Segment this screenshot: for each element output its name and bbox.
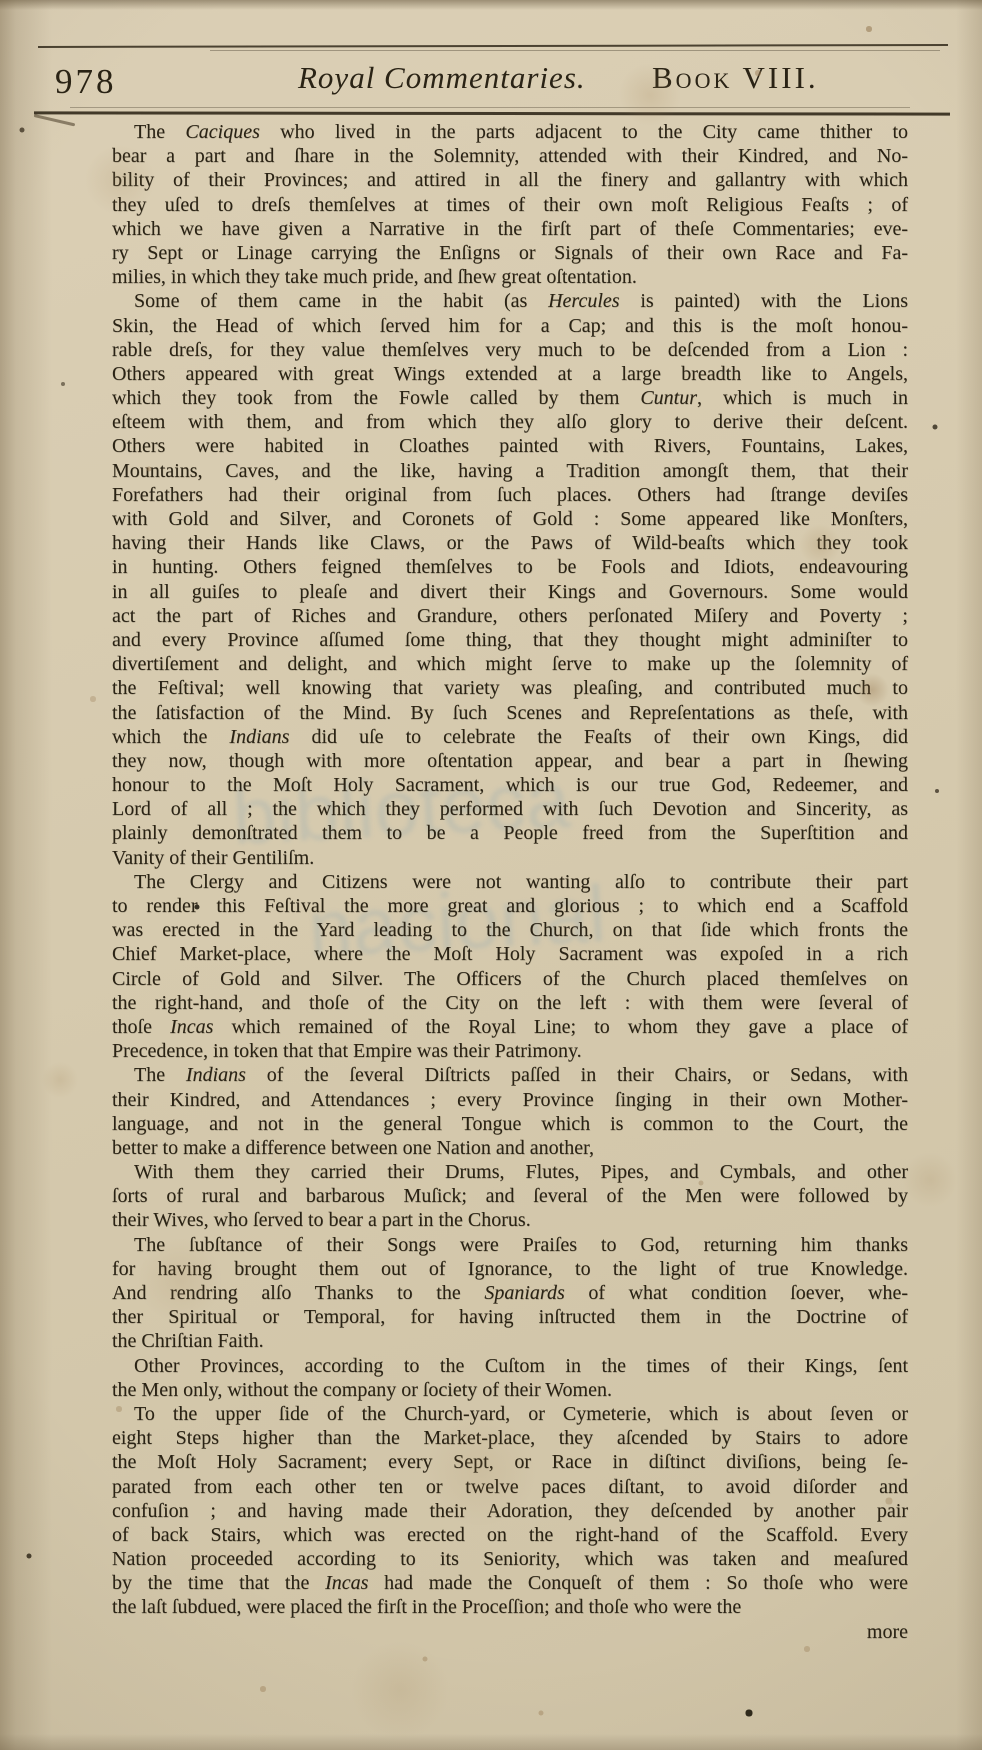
- paragraph: Some of them came in the habit (as Hercu…: [112, 289, 908, 870]
- text-line: The Indians of the ſeveral Diſtricts paſ…: [112, 1063, 908, 1087]
- text-line: the Men only, without the company or ſoc…: [112, 1378, 908, 1402]
- paragraph: With them they carried their Drums, Flut…: [112, 1160, 908, 1233]
- text-line: Precedence, in token that that Empire wa…: [112, 1039, 908, 1063]
- italic-proper-noun: Incas: [170, 1016, 213, 1038]
- text-line: thoſe Incas which remained of the Royal …: [112, 1015, 908, 1039]
- text-line: milies, in which they take much pride, a…: [112, 265, 908, 289]
- text-line: in all guiſes to pleaſe and divert their…: [112, 580, 908, 604]
- text-line: With them they carried their Drums, Flut…: [112, 1160, 908, 1184]
- text-line: ſorts of rural and barbarous Muſick; and…: [112, 1184, 908, 1208]
- text-line: the Chriſtian Faith.: [112, 1329, 908, 1353]
- text-line: which they took from the Fowle called by…: [112, 386, 908, 410]
- text-line: which the Indians did uſe to celebrate t…: [112, 725, 908, 749]
- text-line: the laſt ſubdued, were placed the firſt …: [112, 1595, 908, 1619]
- text-line: having their Hands like Claws, or the Pa…: [112, 531, 908, 555]
- ink-stroke-mark: [34, 114, 76, 126]
- text-line: plainly demonſtrated them to be a People…: [112, 821, 908, 845]
- header-top-rule: [38, 44, 948, 48]
- paragraph: Other Provinces, according to the Cuſtom…: [112, 1354, 908, 1402]
- text-line: for having brought them out of Ignorance…: [112, 1257, 908, 1281]
- italic-proper-noun: Caciques: [185, 121, 259, 143]
- text-line: Others appeared with great Wings extende…: [112, 362, 908, 386]
- text-line: Nation proceeded according to its Senior…: [112, 1547, 908, 1571]
- running-title: Royal Commentaries.: [298, 60, 586, 96]
- text-line: the Moſt Holy Sacrament; every Sept, or …: [112, 1450, 908, 1474]
- text-line: eight Steps higher than the Market-place…: [112, 1426, 908, 1450]
- italic-proper-noun: Incas: [325, 1572, 368, 1594]
- text-line: of back Stairs, which was erected on the…: [112, 1523, 908, 1547]
- text-line: Mountains, Caves, and the like, having a…: [112, 459, 908, 483]
- text-line: language, and not in the general Tongue …: [112, 1112, 908, 1136]
- italic-proper-noun: Spaniards: [484, 1282, 564, 1304]
- paragraph: The Clergy and Citizens were not wanting…: [112, 870, 908, 1064]
- text-line: act the part of Riches and Grandure, oth…: [112, 604, 908, 628]
- text-line: rable dreſs, for they value themſelves v…: [112, 338, 908, 362]
- text-line: the Feſtival; well knowing that variety …: [112, 676, 908, 700]
- text-line: and every Province aſſumed ſome thing, t…: [112, 628, 908, 652]
- text-line: confuſion ; and having made their Adorat…: [112, 1499, 908, 1523]
- catchword: more: [112, 1620, 908, 1644]
- paragraph: To the upper ſide of the Church-yard, or…: [112, 1402, 908, 1620]
- text-line: was erected in the Yard leading to the C…: [112, 918, 908, 942]
- text-line: their Kindred, and Attendances ; every P…: [112, 1088, 908, 1112]
- text-line: the right-hand, and thoſe of the City on…: [112, 991, 908, 1015]
- text-line: Other Provinces, according to the Cuſtom…: [112, 1354, 908, 1378]
- text-line: which we have given a Narrative in the f…: [112, 217, 908, 241]
- book-number-label: Book VIII.: [652, 60, 819, 96]
- text-block: The Caciques who lived in the parts adja…: [112, 120, 908, 1644]
- text-line: bear a part and ſhare in the Solemnity, …: [112, 144, 908, 168]
- paper-specks: [0, 0, 2, 2]
- text-line: better to make a difference between one …: [112, 1136, 908, 1160]
- text-line: The Caciques who lived in the parts adja…: [112, 120, 908, 144]
- text-line: their Wives, who ſerved to bear a part i…: [112, 1208, 908, 1232]
- italic-proper-noun: Indians: [229, 726, 289, 748]
- header-top-rule-ghost: [210, 50, 940, 51]
- text-line: Forefathers had their original from ſuch…: [112, 483, 908, 507]
- text-line: The ſubſtance of their Songs were Praiſe…: [112, 1233, 908, 1257]
- header-bottom-rule: [34, 111, 950, 115]
- text-line: Some of them came in the habit (as Hercu…: [112, 289, 908, 313]
- text-line: ry Sept or Linage carrying the Enſigns o…: [112, 241, 908, 265]
- text-line: eſteem with them, and from which they al…: [112, 410, 908, 434]
- paragraph: The Caciques who lived in the parts adja…: [112, 120, 908, 289]
- text-line: with Gold and Silver, and Coronets of Go…: [112, 507, 908, 531]
- text-line: Skin, the Head of which ſerved him for a…: [112, 314, 908, 338]
- text-line: parated from each other ten or twelve pa…: [112, 1475, 908, 1499]
- text-line: The Clergy and Citizens were not wanting…: [112, 870, 908, 894]
- text-line: the ſatisfaction of the Mind. By ſuch Sc…: [112, 701, 908, 725]
- text-line: Circle of Gold and Silver. The Officers …: [112, 967, 908, 991]
- paragraph: The Indians of the ſeveral Diſtricts paſ…: [112, 1063, 908, 1160]
- text-line: Lord of all ; the which they performed w…: [112, 797, 908, 821]
- text-line: they uſed to dreſs themſelves at times o…: [112, 193, 908, 217]
- text-line: Others were habited in Cloathes painted …: [112, 434, 908, 458]
- paragraph: The ſubſtance of their Songs were Praiſe…: [112, 1233, 908, 1354]
- text-line: they now, though with more oſtentation a…: [112, 749, 908, 773]
- text-line: to render this Feſtival the more great a…: [112, 894, 908, 918]
- text-line: in hunting. Others feigned themſelves to…: [112, 555, 908, 579]
- italic-proper-noun: Hercules: [548, 290, 619, 312]
- italic-proper-noun: Cuntur: [640, 387, 697, 409]
- text-line: divertiſement and delight, and which mig…: [112, 652, 908, 676]
- text-line: Chief Market-place, where the Moſt Holy …: [112, 942, 908, 966]
- text-line: by the time that the Incas had made the …: [112, 1571, 908, 1595]
- header-bottom-rule-ghost: [70, 107, 910, 108]
- text-line: Vanity of their Gentiliſm.: [112, 846, 908, 870]
- text-line: To the upper ſide of the Church-yard, or…: [112, 1402, 908, 1426]
- text-line: honour to the Moſt Holy Sacrament, which…: [112, 773, 908, 797]
- text-line: And rendring alſo Thanks to the Spaniard…: [112, 1281, 908, 1305]
- page-number: 978: [55, 62, 117, 102]
- book-page: biblioteca nacional 978 Royal Commentari…: [0, 0, 982, 1750]
- italic-proper-noun: Indians: [186, 1064, 246, 1086]
- text-line: bility of their Provinces; and attired i…: [112, 168, 908, 192]
- text-line: ther Spiritual or Temporal, for having i…: [112, 1305, 908, 1329]
